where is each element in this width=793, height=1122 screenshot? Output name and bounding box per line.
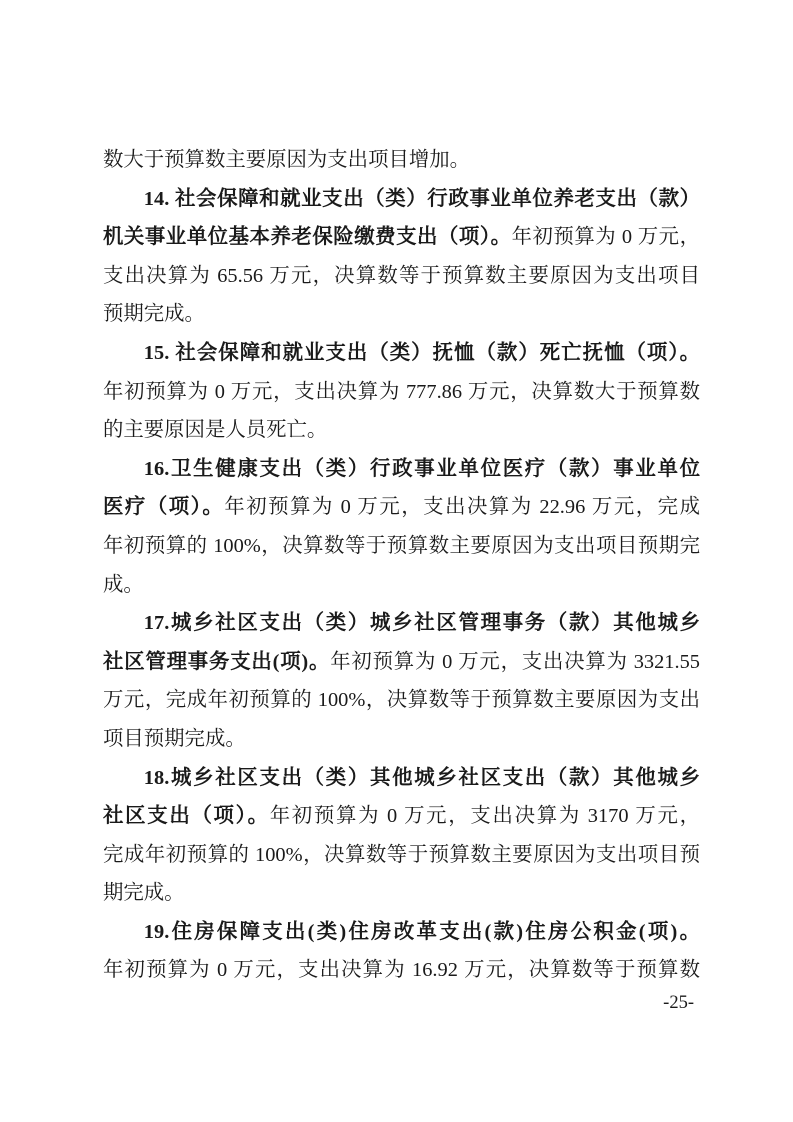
bold-run: 15. 社会保障和就业支出（类）抚恤（款）死亡抚恤（项）。 — [144, 342, 700, 364]
text-line: 社区管理事务支出(项)。年初预算为 0 万元，支出决算为 3321.55 — [103, 643, 700, 682]
bold-run: 17.城乡社区支出（类）城乡社区管理事务（款）其他城乡 — [144, 612, 700, 634]
text-line: 14. 社会保障和就业支出（类）行政事业单位养老支出（款） — [103, 180, 700, 219]
regular-run: 成。 — [103, 574, 144, 596]
text-line: 成。 — [103, 566, 700, 605]
regular-run: 数大于预算数主要原因为支出项目增加。 — [103, 149, 470, 171]
bold-run: 18.城乡社区支出（类）其他城乡社区支出（款）其他城乡 — [144, 767, 700, 789]
regular-run: 年初预算为 0 万元，支出决算为 22.96 万元，完成 — [224, 496, 700, 518]
text-line: 万元，完成年初预算的 100%，决算数等于预算数主要原因为支出 — [103, 681, 700, 720]
bold-run: 社区管理事务支出(项)。 — [103, 651, 330, 673]
regular-run: 万元，完成年初预算的 100%，决算数等于预算数主要原因为支出 — [103, 689, 700, 711]
regular-run: 年初预算的 100%，决算数等于预算数主要原因为支出项目预期完 — [103, 535, 700, 557]
bold-run: 14. 社会保障和就业支出（类）行政事业单位养老支出（款） — [144, 188, 700, 210]
regular-run: 年初预算为 0 万元，支出决算为 16.92 万元，决算数等于预算数 — [103, 959, 700, 981]
regular-run: 期完成。 — [103, 882, 185, 904]
regular-run: 完成年初预算的 100%，决算数等于预算数主要原因为支出项目预 — [103, 844, 700, 866]
bold-run: 19.住房保障支出(类)住房改革支出(款)住房公积金(项)。 — [144, 921, 700, 943]
text-line: 19.住房保障支出(类)住房改革支出(款)住房公积金(项)。 — [103, 913, 700, 952]
text-line: 支出决算为 65.56 万元，决算数等于预算数主要原因为支出项目 — [103, 257, 700, 296]
text-line: 项目预期完成。 — [103, 720, 700, 759]
text-line: 完成年初预算的 100%，决算数等于预算数主要原因为支出项目预 — [103, 836, 700, 875]
bold-run: 机关事业单位基本养老保险缴费支出（项）。 — [103, 226, 512, 248]
regular-run: 预期完成。 — [103, 303, 205, 325]
bold-run: 社区支出（项）。 — [103, 805, 270, 827]
text-line: 社区支出（项）。年初预算为 0 万元，支出决算为 3170 万元， — [103, 797, 700, 836]
text-line: 15. 社会保障和就业支出（类）抚恤（款）死亡抚恤（项）。 — [103, 334, 700, 373]
regular-run: 支出决算为 65.56 万元，决算数等于预算数主要原因为支出项目 — [103, 265, 700, 287]
text-line: 期完成。 — [103, 874, 700, 913]
text-line: 17.城乡社区支出（类）城乡社区管理事务（款）其他城乡 — [103, 604, 700, 643]
regular-run: 的主要原因是人员死亡。 — [103, 419, 327, 441]
text-block: 数大于预算数主要原因为支出项目增加。 14. 社会保障和就业支出（类）行政事业单… — [103, 141, 700, 990]
text-line: 数大于预算数主要原因为支出项目增加。 — [103, 141, 700, 180]
regular-run: 年初预算为 0 万元， — [512, 226, 700, 248]
regular-run: 年初预算为 0 万元，支出决算为 3170 万元， — [270, 805, 700, 827]
document-page: 数大于预算数主要原因为支出项目增加。 14. 社会保障和就业支出（类）行政事业单… — [0, 0, 793, 1122]
bold-run: 医疗（项）。 — [103, 496, 224, 518]
text-line: 的主要原因是人员死亡。 — [103, 411, 700, 450]
text-line: 16.卫生健康支出（类）行政事业单位医疗（款）事业单位 — [103, 450, 700, 489]
text-line: 18.城乡社区支出（类）其他城乡社区支出（款）其他城乡 — [103, 759, 700, 798]
text-line: 医疗（项）。年初预算为 0 万元，支出决算为 22.96 万元，完成 — [103, 488, 700, 527]
text-line: 机关事业单位基本养老保险缴费支出（项）。年初预算为 0 万元， — [103, 218, 700, 257]
regular-run: 年初预算为 0 万元，支出决算为 3321.55 — [330, 651, 700, 673]
text-line: 预期完成。 — [103, 295, 700, 334]
text-line: 年初预算为 0 万元，支出决算为 16.92 万元，决算数等于预算数 — [103, 951, 700, 990]
regular-run: 年初预算为 0 万元，支出决算为 777.86 万元，决算数大于预算数 — [103, 381, 700, 403]
bold-run: 16.卫生健康支出（类）行政事业单位医疗（款）事业单位 — [144, 458, 700, 480]
text-line: 年初预算为 0 万元，支出决算为 777.86 万元，决算数大于预算数 — [103, 373, 700, 412]
regular-run: 项目预期完成。 — [103, 728, 246, 750]
page-number: -25- — [663, 993, 694, 1013]
text-line: 年初预算的 100%，决算数等于预算数主要原因为支出项目预期完 — [103, 527, 700, 566]
